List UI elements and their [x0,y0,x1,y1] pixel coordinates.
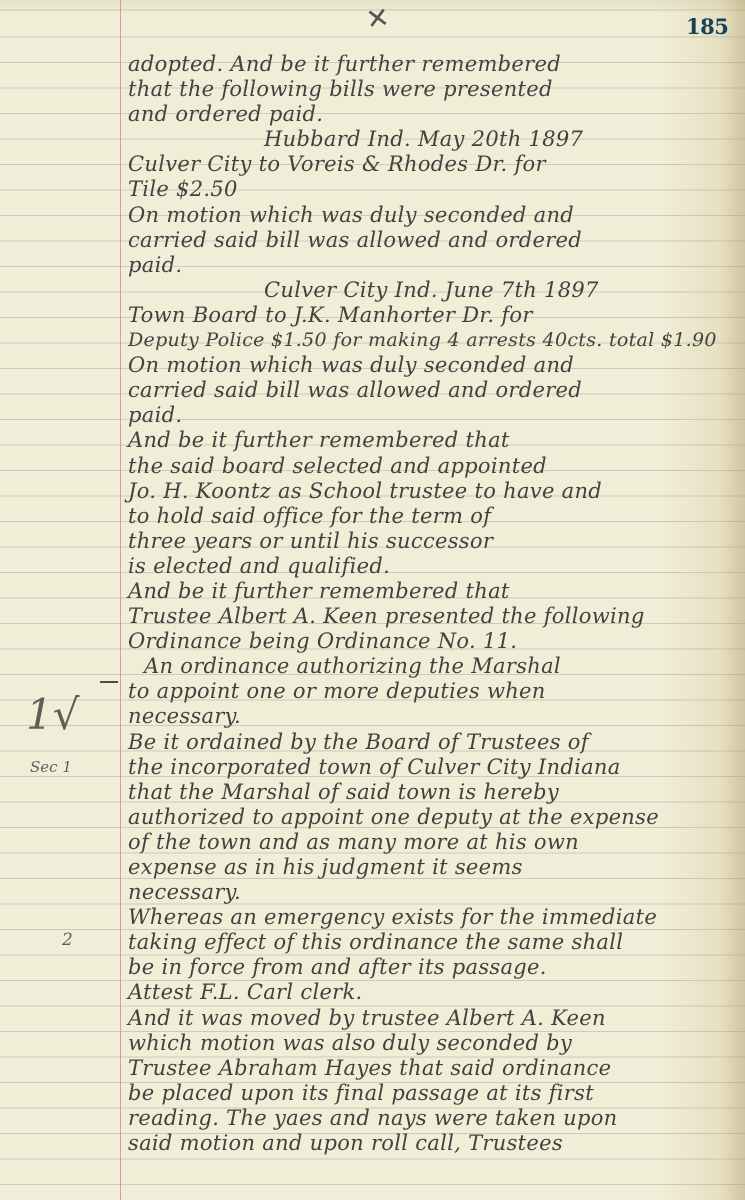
text-line: which motion was also duly seconded by [128,1031,740,1056]
page-number: 185 [686,14,728,39]
text-line: paid. [128,253,740,278]
ledger-page: ✕ 185 1√ Sec 1 2 adopted. And be it furt… [0,0,745,1200]
text-line: reading. The yaes and nays were taken up… [128,1106,740,1131]
text-line: carried said bill was allowed and ordere… [128,228,740,253]
text-line: of the town and as many more at his own [128,830,740,855]
text-line: adopted. And be it further remembered [128,52,740,77]
text-line: On motion which was duly seconded and [128,203,740,228]
text-line: Trustee Abraham Hayes that said ordinanc… [128,1056,740,1081]
margin-section-2-label: 2 [62,930,73,950]
text-line: paid. [128,403,740,428]
text-line: Trustee Albert A. Keen presented the fol… [128,604,740,629]
text-line: three years or until his successor [128,529,740,554]
margin-checkmark-note: 1√ [26,690,79,739]
margin-rule [120,0,121,1200]
ordinance-heading: An ordinance authorizing the Marshal [128,654,740,679]
text-line: Tile $2.50 [128,177,740,202]
text-line: the said board selected and appointed [128,454,740,479]
text-line: expense as in his judgment it seems [128,855,740,880]
text-line: said motion and upon roll call, Trustees [128,1131,740,1156]
text-line: the incorporated town of Culver City Ind… [128,755,740,780]
text-line: Deputy Police $1.50 for making 4 arrests… [128,328,740,353]
text-line: necessary. [128,704,740,729]
attest-line: Attest F.L. Carl clerk. [128,980,740,1005]
text-line: to hold said office for the term of [128,504,740,529]
bill-heading-hubbard: Hubbard Ind. May 20th 1897 [128,127,740,152]
text-line: be in force from and after its passage. [128,955,740,980]
margin-section-1-label: Sec 1 [30,758,72,776]
bill-heading-culver-city: Culver City Ind. June 7th 1897 [128,278,740,303]
text-line: Jo. H. Koontz as School trustee to have … [128,479,740,504]
text-line: carried said bill was allowed and ordere… [128,378,740,403]
text-line: And it was moved by trustee Albert A. Ke… [128,1006,740,1031]
text-line: On motion which was duly seconded and [128,353,740,378]
text-line: And be it further remembered that [128,428,740,453]
section-1-text: Be it ordained by the Board of Trustees … [128,730,740,755]
text-line: Culver City to Voreis & Rhodes Dr. for [128,152,740,177]
cross-mark-icon: ✕ [364,1,392,37]
text-line: authorized to appoint one deputy at the … [128,805,740,830]
text-line: that the Marshal of said town is hereby [128,780,740,805]
text-line: be placed upon its final passage at its … [128,1081,740,1106]
text-line: necessary. [128,880,740,905]
margin-dash-mark [100,681,118,683]
text-line: that the following bills were presented [128,77,740,102]
text-line: is elected and qualified. [128,554,740,579]
section-2-text: Whereas an emergency exists for the imme… [128,905,740,930]
text-line: taking effect of this ordinance the same… [128,930,740,955]
text-line: to appoint one or more deputies when [128,679,740,704]
text-line: and ordered paid. [128,102,740,127]
text-line: Town Board to J.K. Manhorter Dr. for [128,303,740,328]
text-line: And be it further remembered that [128,579,740,604]
handwritten-minutes: adopted. And be it further remembered th… [128,52,740,1156]
ordinance-title-line: Ordinance being Ordinance No. 11. [128,629,740,654]
